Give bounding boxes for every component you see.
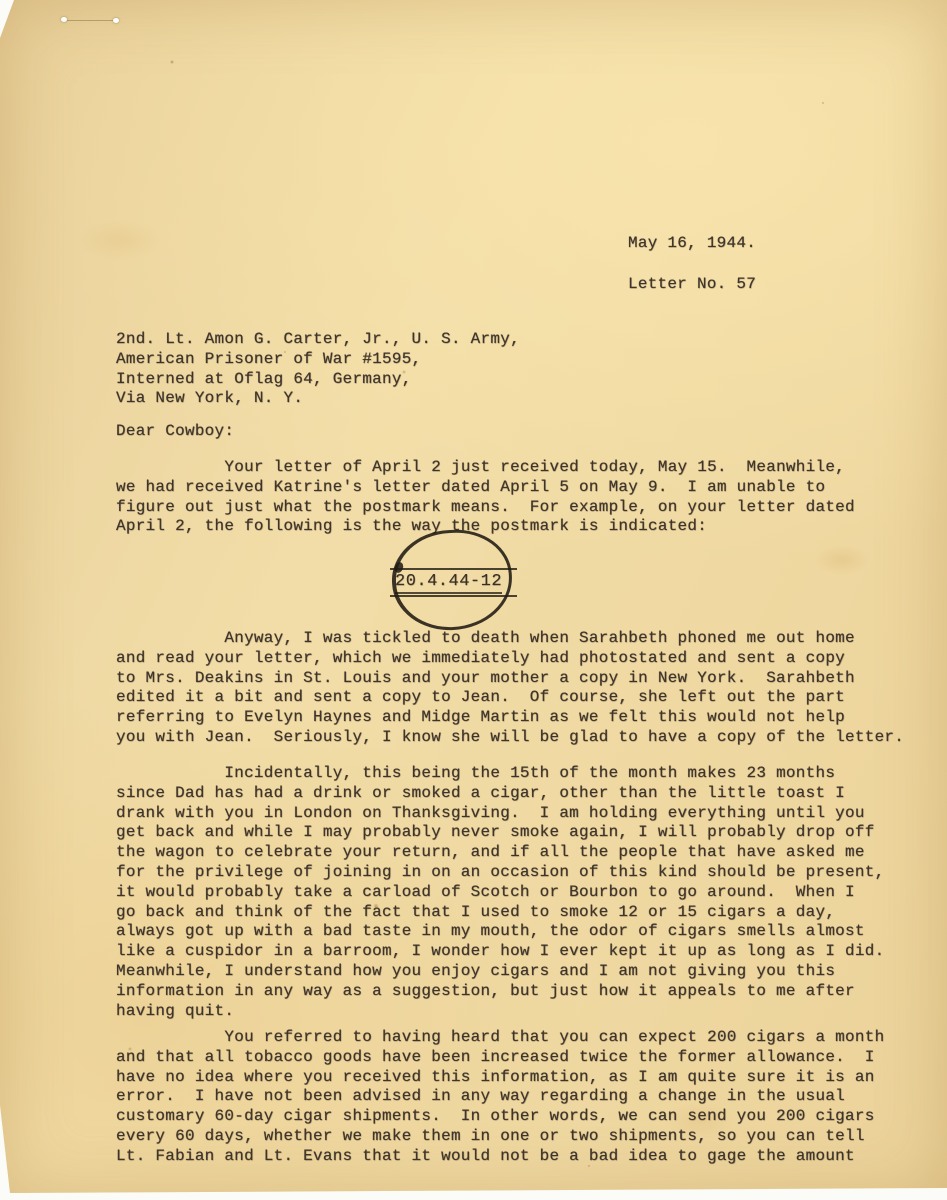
staple-hole-right (113, 18, 119, 23)
letter-number: Letter No. 57 (628, 275, 756, 295)
scanned-letter-page: May 16, 1944. Letter No. 57 2nd. Lt. Amo… (0, 0, 947, 1200)
paragraph-1: Your letter of April 2 just received tod… (116, 458, 916, 537)
postmark-date-text: 20.4.44-12 (395, 571, 502, 594)
letter-date: May 16, 1944. (628, 234, 756, 254)
postmark-stamp-drawing: 20.4.44-12 (392, 530, 512, 630)
staple-hole-left (61, 17, 67, 22)
staple-mark (64, 20, 116, 21)
paragraph-2: Anyway, I was tickled to death when Sara… (116, 629, 928, 748)
paragraph-3: Incidentally, this being the 15th of the… (116, 764, 916, 1021)
postmark-band: 20.4.44-12 (390, 568, 517, 597)
salutation: Dear Cowboy: (116, 422, 234, 442)
paragraph-4: You referred to having heard that you ca… (116, 1028, 916, 1167)
recipient-address-block: 2nd. Lt. Amon G. Carter, Jr., U. S. Army… (116, 330, 520, 409)
